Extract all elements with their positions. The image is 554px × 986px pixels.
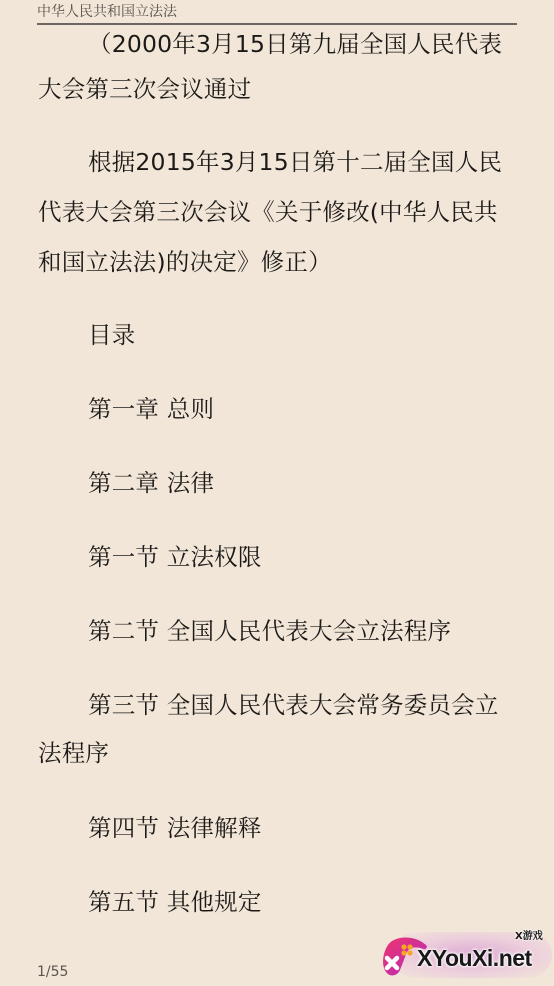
page-indicator: 1/55	[37, 964, 68, 980]
text-line: 大会第三次会议通过	[38, 74, 251, 104]
toc-heading: 目录	[88, 320, 135, 350]
watermark-sub-label: X游戏	[515, 931, 543, 943]
watermark-logo: X游戏 XYouXi.net	[372, 924, 554, 986]
toc-item-section-2: 第二节 全国人民代表大会立法程序	[88, 616, 451, 646]
text-line: 和国立法法)的决定》修正）	[38, 247, 332, 277]
page-content[interactable]: （2000年3月15日第九届全国人民代表 大会第三次会议通过 根据2015年3月…	[0, 0, 554, 950]
text-line: （2000年3月15日第九届全国人民代表	[88, 29, 502, 59]
toc-item-chapter-1: 第一章 总则	[88, 394, 214, 424]
toc-item-section-4: 第四节 法律解释	[88, 813, 262, 843]
text-line: 根据2015年3月15日第十二届全国人民	[88, 147, 502, 177]
text-line: 代表大会第三次会议《关于修改(中华人民共	[38, 197, 498, 227]
toc-item-chapter-2: 第二章 法律	[88, 468, 214, 498]
toc-item-section-5: 第五节 其他规定	[88, 887, 262, 917]
toc-item-section-3: 第三节 全国人民代表大会常务委员会立	[88, 690, 499, 720]
toc-item-section-1: 第一节 立法权限	[88, 542, 262, 572]
watermark-brand: XYouXi.net	[417, 945, 532, 971]
toc-item-section-3-cont: 法程序	[38, 738, 109, 768]
